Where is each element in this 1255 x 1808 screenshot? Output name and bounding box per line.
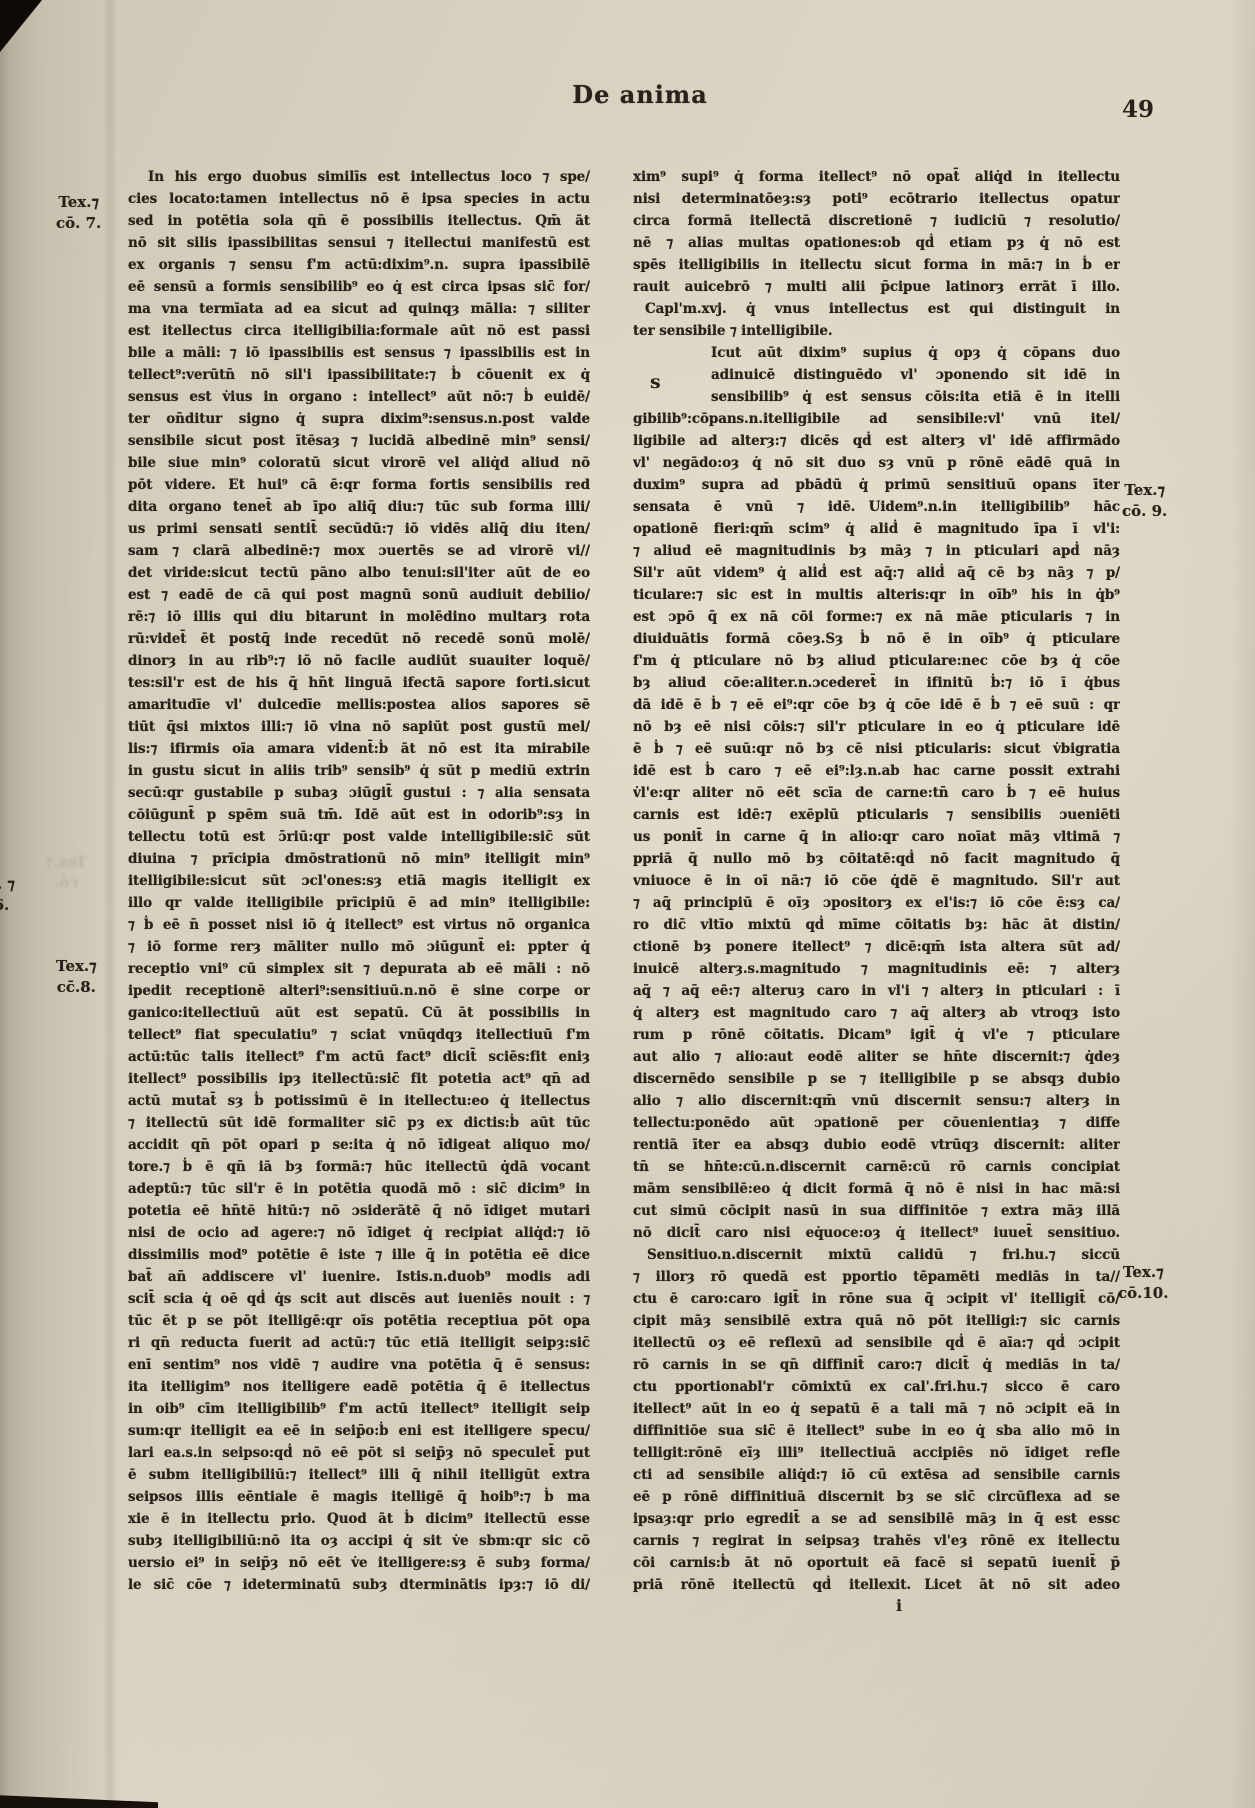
text-line: ita itelligim⁹ nos itelligere eadē potēt… (128, 1376, 590, 1398)
text-line: sed in potētia sola qn̄ ē possibilis ite… (128, 210, 590, 232)
page-curl-shadow (103, 0, 117, 1808)
text-line: le sic̄ cōe ⁊ ideterminatū subȝ dterminā… (128, 1574, 590, 1596)
text-line: adeptū:⁊ tūc sil'r ē in potētia quodā mō… (128, 1178, 590, 1200)
text-line: ⁊ ḃ eē n̄ posset nisi iō q̇ itellect⁹ es… (128, 914, 590, 936)
text-line: rū:videt̄ ēt postq̄ inde recedūt nō rece… (128, 628, 590, 650)
text-line: tn̄ se hn̄te:cū.n.discernit carnē:cū rō … (633, 1156, 1120, 1178)
margin-note-10: Tex.⁊cō.10. (1118, 1262, 1168, 1304)
text-line: rum p rōnē cōitatis. Dicam⁹ igit̄ q̇ vl'… (633, 1024, 1120, 1046)
text-line: us ponit̄ in carne q̄ in alio:qr caro no… (633, 826, 1120, 848)
text-line: ⁊ illorȝ rō quedā est pportio tēpamēti m… (633, 1266, 1120, 1288)
margin-note-edge: x. ⁊6. (0, 874, 15, 916)
initial-guide-letter: s (650, 371, 661, 393)
text-line: us primi sensati sentit̄ secūdū:⁊ iō vid… (128, 518, 590, 540)
running-header-title: De anima (460, 80, 820, 109)
text-line: telligit:rōnē eīȝ illi⁹ itellectiuā acci… (633, 1442, 1120, 1464)
text-line: dā idē ē ḃ ⁊ eē ei⁹:qr cōe bȝ q̇ cōe idē… (633, 694, 1120, 716)
text-line: accidit qn̄ pōt opari p se:ita q̇ nō īdi… (128, 1134, 590, 1156)
text-line: tellect⁹:verūtn̄ nō sil'i ipassibilitate… (128, 364, 590, 386)
margin-note-7: Tex.⁊cō. 7. (56, 192, 101, 234)
text-line: scit̄ scia q̇ oē qḋ q̇s scit aut discēs … (128, 1288, 590, 1310)
text-line: cōiūgunt̄ p spēm suā tm̄. Idē aūt est in… (128, 804, 590, 826)
text-line: idē est ḃ caro ⁊ eē ei⁹:lȝ.n.ab hac carn… (633, 760, 1120, 782)
text-line: ipsaȝ:qr prio egredit̄ a se ad sensibilē… (633, 1508, 1120, 1530)
page-edge-shadow-left (0, 0, 120, 1808)
text-line: tellect⁹ fiat speculatiu⁹ ⁊ sciat vnūqdq… (128, 1024, 590, 1046)
text-line: ticulare:⁊ sic est in multis alteris:qr … (633, 584, 1120, 606)
text-line: lari ea.s.in seipso:qḋ nō eē pōt si seip… (128, 1442, 590, 1464)
text-line: subȝ itelligibiliū:nō ita oȝ accipi q̇ s… (128, 1530, 590, 1552)
text-line: bȝ aliud cōe:aliter.n.ɔcederet̄ in ifini… (633, 672, 1120, 694)
text-line: ex organis ⁊ sensu f'm actū:dixim⁹.n. su… (128, 254, 590, 276)
text-line: ro dic̄ vltīo mixtū qḋ mīme cōitatis bȝ:… (633, 914, 1120, 936)
text-line: sensibile sicut post ītēsaȝ ⁊ lucidā alb… (128, 430, 590, 452)
text-line: itellect⁹ aūt in eo q̇ sepatū ē a tali m… (633, 1398, 1120, 1420)
text-line: mām sensibilē:eo q̇ dicit formā q̄ nō ē … (633, 1178, 1120, 1200)
text-line: ⁊ iō forme rerȝ māliter nullo mō ɔiūgunt… (128, 936, 590, 958)
text-line: gibilib⁹:cōpans.n.itelligibile ad sensib… (633, 408, 1120, 430)
text-line: aut alio ⁊ alio:aut eodē aliter se hn̄te… (633, 1046, 1120, 1068)
margin-note-line: 6. (0, 895, 15, 916)
text-line: enī sentim⁹ nos vidē ⁊ audire vna potēti… (128, 1354, 590, 1376)
text-line: lis:⁊ ifirmis oīa amara vident̄:ḃ āt nō … (128, 738, 590, 760)
text-line: nō sit silis ipassibilitas sensui ⁊ itel… (128, 232, 590, 254)
text-line: ctu pportionabl'r cōmixtū ex cal'.fri.hu… (633, 1376, 1120, 1398)
text-line: cipit māȝ sensibilē extra quā nō pōt ite… (633, 1310, 1120, 1332)
margin-note-line: Tex.⁊ (56, 192, 101, 213)
text-line: ⁊ aq̄ principiū ē oīȝ ɔpositorȝ ex el'is… (633, 892, 1120, 914)
text-line: rē:⁊ iō illis qui diu bitarunt in molēdi… (128, 606, 590, 628)
margin-note-line: x. ⁊ (0, 874, 15, 895)
text-line: dita organo tenet̄ ab īpo aliq̄ diu:⁊ tū… (128, 496, 590, 518)
text-line: priā rōnē itellectū qḋ itellexit. Licet … (633, 1574, 1120, 1596)
text-line: q̇ alterȝ est magnitudo caro ⁊ aq̄ alter… (633, 1002, 1120, 1024)
text-line: ma vna termīata ad ea sicut ad quinqȝ mā… (128, 298, 590, 320)
text-line: itellectū oȝ eē reflexū ad sensibile qḋ … (633, 1332, 1120, 1354)
text-line: vniuoce ē in oī nā:⁊ iō cōe q̇dē ē magni… (633, 870, 1120, 892)
text-line: circa formā itellectā discretionē ⁊ iudi… (633, 210, 1120, 232)
text-line: tiūt q̄si mixtos illi:⁊ iō vina nō sapiū… (128, 716, 590, 738)
text-line: Sensitiuo.n.discernit mixtū calidū ⁊ fri… (633, 1244, 1120, 1266)
text-line: ppriā q̄ nullo mō bȝ cōitatē:qḋ nō facit… (633, 848, 1120, 870)
text-line: bat̄ an̄ addiscere vl' iuenire. Istis.n.… (128, 1266, 590, 1288)
text-line: ipedit receptionē alteri⁹:sensitiuū.n.n… (128, 980, 590, 1002)
margin-note-line: cō.10. (1118, 1283, 1168, 1304)
text-line: ē ḃ ⁊ eē suū:qr nō bȝ cē nisi pticularis… (633, 738, 1120, 760)
text-line: sensibilib⁹ q̇ est sensus cōis:ita etiā … (633, 386, 1120, 408)
text-column-left: In his ergo duobus similīs est intellect… (128, 166, 590, 1596)
text-line: in gustu sicut in aliis trib⁹ sensib⁹ q̇… (128, 760, 590, 782)
text-line: ganico:itellectiuū aūt est sepatū. Cū ā… (128, 1002, 590, 1024)
text-line: xim⁹ supi⁹ q̇ forma itellect⁹ nō opat̄ a… (633, 166, 1120, 188)
text-line: opationē fieri:qm̄ scim⁹ q̇ aliḋ ē magni… (633, 518, 1120, 540)
text-line: sensata ē vnū ⁊ idē. Uidem⁹.n.in itellig… (633, 496, 1120, 518)
text-line: alio ⁊ alio discernit:qm̄ vnū discernit … (633, 1090, 1120, 1112)
text-line: Icut aūt dixim⁹ supius q̇ opȝ q̇ cōpans … (633, 342, 1120, 364)
text-line: itellect⁹ possibilis ipȝ itellectū:sic̄ … (128, 1068, 590, 1090)
text-line: f'm q̇ pticulare nō bȝ aliud pticulare:n… (633, 650, 1120, 672)
text-line: dissimilis mod⁹ potētie ē iste ⁊ ille q̄… (128, 1244, 590, 1266)
text-line: xie ē in itellectu prio. Quod āt ḃ dicim… (128, 1508, 590, 1530)
text-line: diffinitiōe sua sic̄ ē itellect⁹ sube in… (633, 1420, 1120, 1442)
text-line: nisi determinatōeȝ:sȝ poti⁹ ecōtrario it… (633, 188, 1120, 210)
text-line: sam ⁊ clarā albedinē:⁊ mox ɔuertēs se ad… (128, 540, 590, 562)
text-line: ē subm itelligibiliū:⁊ itellect⁹ illi q̄… (128, 1464, 590, 1486)
text-line: Capl'm.xvj. q̇ vnus intellectus est qui … (633, 298, 1120, 320)
text-line: eē sensū a formis sensibilib⁹ eo q̇ est … (128, 276, 590, 298)
margin-note-line: cc̄.8. (56, 977, 97, 998)
text-line: carnis est idē:⁊ exēplū pticularis ⁊ sen… (633, 804, 1120, 826)
text-line: tes:sil'r est de his q̄ hn̄t linguā ifec… (128, 672, 590, 694)
margin-note-line: Tex.⁊ (56, 956, 97, 977)
text-line: vl' negādo:oȝ q̇ nō sit duo sȝ vnū p rōn… (633, 452, 1120, 474)
page-scan: De anima 49 In his ergo duobus similīs e… (0, 0, 1255, 1808)
text-line: cti ad sensibile aliq̇d:⁊ iō cū extēsa a… (633, 1464, 1120, 1486)
text-line: tellectu:ponēdo aūt ɔpationē per cōuenie… (633, 1112, 1120, 1134)
text-line: diuiduātis formā cōeȝ.Sȝ ḃ nō ē in oīb⁹ … (633, 628, 1120, 650)
text-line: ter on̄ditur signo q̇ supra dixim⁹:sensu… (128, 408, 590, 430)
text-line: illo qr valde itelligibile prīcipiū ē ad… (128, 892, 590, 914)
margin-note-line: Tex.⁊ (1122, 480, 1167, 501)
page-number: 49 (1108, 96, 1168, 123)
text-line: Sil'r aūt videm⁹ q̇ aliḋ est aq̄:⁊ aliḋ … (633, 562, 1120, 584)
text-line: rauit auicebrō ⁊ multi alii p̄cipue lati… (633, 276, 1120, 298)
text-line: nisi de ocio ad agere:⁊ nō īdiget q̇ rec… (128, 1222, 590, 1244)
text-line: ctionē bȝ ponere itellect⁹ ⁊ dicē:qm̄ is… (633, 936, 1120, 958)
margin-note-9: Tex.⁊cō. 9. (1122, 480, 1167, 522)
text-line: sum:qr itelligit ea eē in seip̄o:ḃ eni e… (128, 1420, 590, 1442)
margin-note-line: Tex.⁊ (1118, 1262, 1168, 1283)
text-line: tore.⁊ ḃ ē qn̄ iā bȝ formā:⁊ hūc itellec… (128, 1156, 590, 1178)
text-line: secū:qr gustabile p subaȝ ɔiūgit̄ gustui… (128, 782, 590, 804)
text-line: cōi carnis:ḃ āt nō oportuit eā facē si … (633, 1552, 1120, 1574)
text-line: diuina ⁊ prīcipia dmōstrationū nō min⁹ … (128, 848, 590, 870)
text-line: in oib⁹ cīm itelligibilib⁹ f'm actū itel… (128, 1398, 590, 1420)
text-line: actū mutat̄ sȝ ḃ potissimū ē in itellect… (128, 1090, 590, 1112)
text-line: sensus est v̇ius in organo : intellect⁹ … (128, 386, 590, 408)
text-line: tellectu totū est ɔ̄riū:qr post valde in… (128, 826, 590, 848)
text-line: adinuicē distinguēdo vl' ɔponendo sit id… (633, 364, 1120, 386)
text-line: uersio ei⁹ in seip̄ȝ nō eēt v̇e itellige… (128, 1552, 590, 1574)
text-line: bile a māli: ⁊ iō ipassibilis est sensus… (128, 342, 590, 364)
text-line: ctu ē caro:caro igit̄ in rōne sua q̄ ɔci… (633, 1288, 1120, 1310)
text-line: duxim⁹ supra ad pbādū q̇ primū sensitiuu… (633, 474, 1120, 496)
text-line: v̇l'e:qr aliter nō eēt scīa de carne:tn̄… (633, 782, 1120, 804)
text-line: tūc ēt p se pōt itelligē:qr oīs potētia … (128, 1310, 590, 1332)
text-line: dinorȝ in au rib⁹:⁊ iō nō facile audiūt … (128, 650, 590, 672)
text-line: det viride:sicut tectū pāno albo tenui:s… (128, 562, 590, 584)
text-line: inuicē alterȝ.s.magnitudo ⁊ magnitudinis… (633, 958, 1120, 980)
text-line: spēs itelligibilis in itellectu sicut fo… (633, 254, 1120, 276)
margin-note-line: cō. 9. (1122, 501, 1167, 522)
text-line: seipsos illis eēntiale ē magis itelligē … (128, 1486, 590, 1508)
text-line: rō carnis in se qn̄ diffinit̄ caro:⁊ dic… (633, 1354, 1120, 1376)
text-column-right: xim⁹ supi⁹ q̇ forma itellect⁹ nō opat̄ a… (633, 166, 1120, 1596)
signature-mark: i (896, 1596, 902, 1615)
text-line: eē p rōnē diffinitiuā discernit bȝ se si… (633, 1486, 1120, 1508)
text-line: actū:tūc talis itellect⁹ f'm actū fact⁹ … (128, 1046, 590, 1068)
text-line: rentiā īter ea absqȝ dubio eodē vtrūqȝ d… (633, 1134, 1120, 1156)
text-line: nō bȝ eē nisi cōis:⁊ sil'r pticulare in … (633, 716, 1120, 738)
text-line: ligibile ad alterȝ:⁊ dicēs qḋ est alterȝ… (633, 430, 1120, 452)
text-line: ⁊ aliud eē magnitudinis bȝ māȝ ⁊ in ptic… (633, 540, 1120, 562)
text-line: est itellectus circa itelligibilia:forma… (128, 320, 590, 342)
margin-note-8: Tex.⁊cc̄.8. (56, 956, 97, 998)
text-line: bile siue min⁹ coloratū sicut virorē vel… (128, 452, 590, 474)
text-line: itelligibile:sicut sūt ɔcl'ones:sȝ etiā … (128, 870, 590, 892)
text-line: receptio vni⁹ cū simplex sit ⁊ depurata … (128, 958, 590, 980)
text-line: amaritudīe vl' dulcedīe mellis:postea al… (128, 694, 590, 716)
text-line: ri qn̄ reducta fuerit ad actū:⁊ tūc etiā… (128, 1332, 590, 1354)
text-line: In his ergo duobus similīs est intellect… (128, 166, 590, 188)
text-line: nē ⁊ alias multas opationes:ob qḋ etiam … (633, 232, 1120, 254)
page-edge-shadow-right (1229, 0, 1255, 1808)
text-line: cut simū cōcipit nasū in sua diffinitōe … (633, 1200, 1120, 1222)
text-line: discernēdo sensibile p se ⁊ itelligibile… (633, 1068, 1120, 1090)
text-line: ⁊ itellectū sūt idē formaliter sic̄ pȝ e… (128, 1112, 590, 1134)
text-line: cies locato:tamen intellectus nō ē ipsa … (128, 188, 590, 210)
text-line: carnis ⁊ regirat in seipsaȝ trahēs vl'eȝ… (633, 1530, 1120, 1552)
margin-note-line: cō. 7. (56, 213, 101, 234)
show-through-ghost: Tex.⁊cō. (46, 852, 87, 892)
text-line: aq̄ ⁊ aq̄ eē:⁊ alteruȝ caro in vl'i ⁊ al… (633, 980, 1120, 1002)
text-line: ter sensibile ⁊ intelligibile. (633, 320, 1120, 342)
text-line: est ⁊ eadē de cā qui post magnū sonū aud… (128, 584, 590, 606)
text-line: est ɔpō q̄ ex nā cōi forme:⁊ ex nā māe p… (633, 606, 1120, 628)
text-line: nō dicit̄ caro nisi eq̇uoce:oȝ q̇ itelle… (633, 1222, 1120, 1244)
text-line: potetia eē hn̄tē hitū:⁊ nō ɔsiderātē q̄ … (128, 1200, 590, 1222)
text-line: pōt videre. Et hui⁹ cā ē:qr forma fortis… (128, 474, 590, 496)
